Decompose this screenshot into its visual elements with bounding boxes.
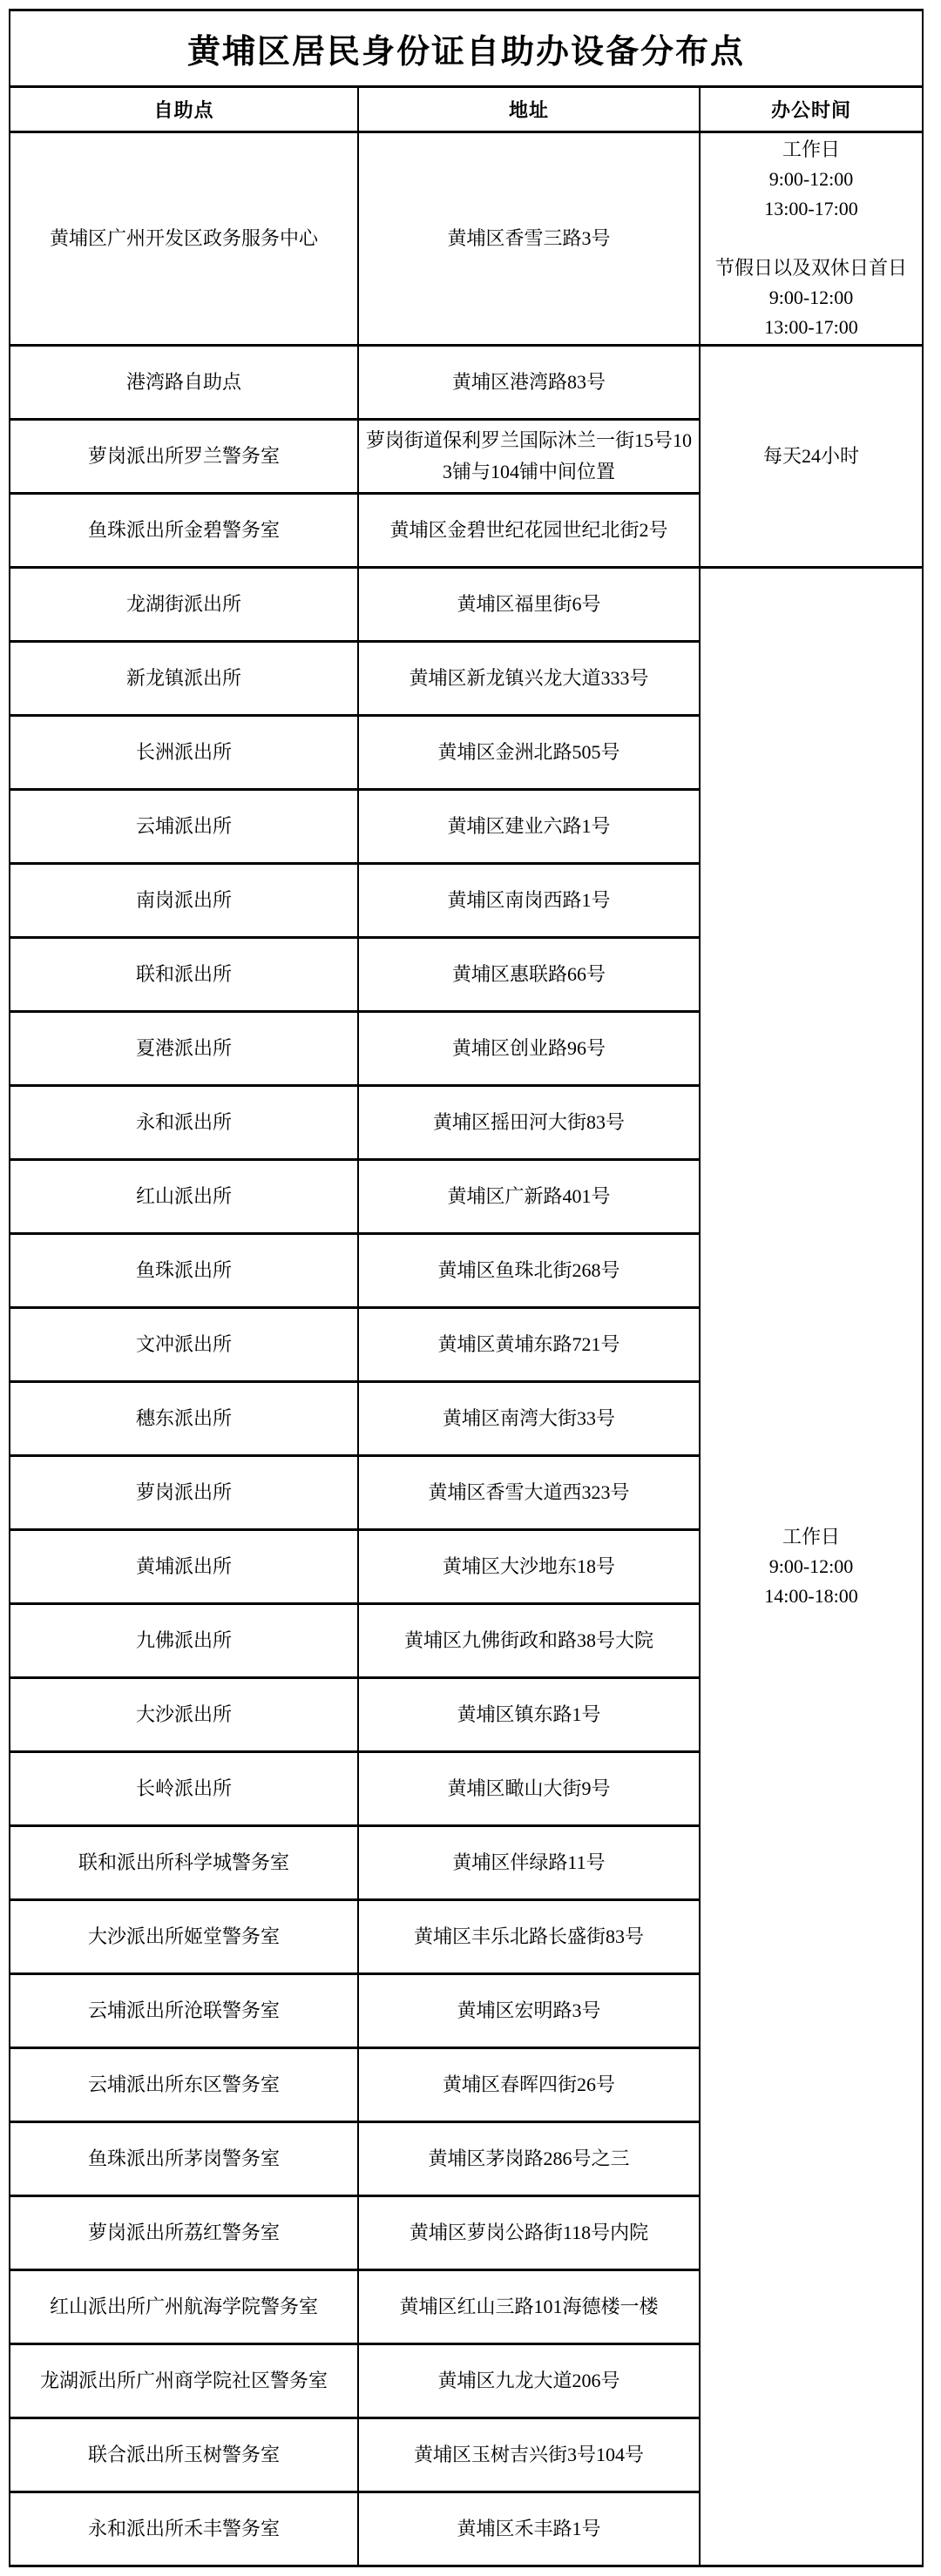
hours-line: 9:00-12:00: [707, 283, 915, 313]
hours-line: 工作日: [707, 135, 915, 165]
header-row: 自助点 地址 办公时间: [10, 87, 923, 132]
site-name-cell: 鱼珠派出所茅岗警务室: [10, 2122, 358, 2196]
site-name-cell: 长岭派出所: [10, 1752, 358, 1826]
address-cell: 黄埔区鱼珠北街268号: [358, 1234, 700, 1308]
address-cell: 黄埔区金洲北路505号: [358, 716, 700, 790]
site-name-cell: 云埔派出所东区警务室: [10, 2048, 358, 2122]
hours-line: 14:00-18:00: [707, 1581, 915, 1611]
site-name-cell: 鱼珠派出所: [10, 1234, 358, 1308]
site-name-cell: 萝岗派出所: [10, 1456, 358, 1530]
address-cell: 黄埔区惠联路66号: [358, 938, 700, 1012]
site-name-cell: 云埔派出所: [10, 790, 358, 864]
site-name-cell: 萝岗派出所荔红警务室: [10, 2196, 358, 2270]
address-cell: 黄埔区萝岗公路街118号内院: [358, 2196, 700, 2270]
site-name-cell: 龙湖派出所广州商学院社区警务室: [10, 2344, 358, 2418]
address-cell: 黄埔区港湾路83号: [358, 346, 700, 420]
site-name-cell: 永和派出所: [10, 1086, 358, 1160]
site-name-cell: 南岗派出所: [10, 864, 358, 938]
site-name-cell: 黄埔派出所: [10, 1530, 358, 1604]
site-name-cell: 黄埔区广州开发区政务服务中心: [10, 132, 358, 346]
site-name-cell: 永和派出所禾丰警务室: [10, 2492, 358, 2566]
table-row: 港湾路自助点黄埔区港湾路83号每天24小时: [10, 346, 923, 420]
hours-line: 13:00-17:00: [707, 313, 915, 342]
hours-line: 13:00-17:00: [707, 194, 915, 224]
site-name-cell: 联合派出所玉树警务室: [10, 2418, 358, 2492]
address-cell: 黄埔区伴绿路11号: [358, 1826, 700, 1900]
address-cell: 黄埔区丰乐北路长盛街83号: [358, 1900, 700, 1974]
title-row: 黄埔区居民身份证自助办设备分布点: [10, 10, 923, 87]
address-cell: 黄埔区镇东路1号: [358, 1678, 700, 1752]
column-header-hours: 办公时间: [700, 87, 923, 132]
table-row: 黄埔区广州开发区政务服务中心黄埔区香雪三路3号工作日9:00-12:0013:0…: [10, 132, 923, 346]
site-name-cell: 萝岗派出所罗兰警务室: [10, 420, 358, 494]
site-name-cell: 红山派出所广州航海学院警务室: [10, 2270, 358, 2344]
site-name-cell: 穗东派出所: [10, 1382, 358, 1456]
address-cell: 萝岗街道保利罗兰国际沐兰一街15号103铺与104铺中间位置: [358, 420, 700, 494]
office-hours-cell: 工作日9:00-12:0013:00-17:00节假日以及双休日首日9:00-1…: [700, 132, 923, 346]
hours-line: 9:00-12:00: [707, 165, 915, 194]
hours-line: 节假日以及双休日首日: [707, 253, 915, 283]
address-cell: 黄埔区新龙镇兴龙大道333号: [358, 642, 700, 716]
site-name-cell: 新龙镇派出所: [10, 642, 358, 716]
address-cell: 黄埔区福里街6号: [358, 568, 700, 642]
distribution-table: 黄埔区居民身份证自助办设备分布点 自助点 地址 办公时间 黄埔区广州开发区政务服…: [9, 9, 924, 2567]
address-cell: 黄埔区创业路96号: [358, 1012, 700, 1086]
address-cell: 黄埔区春晖四街26号: [358, 2048, 700, 2122]
address-cell: 黄埔区宏明路3号: [358, 1974, 700, 2048]
table-row: 龙湖街派出所黄埔区福里街6号工作日9:00-12:0014:00-18:00: [10, 568, 923, 642]
site-name-cell: 长洲派出所: [10, 716, 358, 790]
site-name-cell: 文冲派出所: [10, 1308, 358, 1382]
address-cell: 黄埔区南岗西路1号: [358, 864, 700, 938]
address-cell: 黄埔区广新路401号: [358, 1160, 700, 1234]
site-name-cell: 港湾路自助点: [10, 346, 358, 420]
hours-line: 9:00-12:00: [707, 1552, 915, 1581]
hours-line: [707, 224, 915, 253]
site-name-cell: 龙湖街派出所: [10, 568, 358, 642]
site-name-cell: 云埔派出所沧联警务室: [10, 1974, 358, 2048]
column-header-address: 地址: [358, 87, 700, 132]
site-name-cell: 大沙派出所姬堂警务室: [10, 1900, 358, 1974]
address-cell: 黄埔区香雪三路3号: [358, 132, 700, 346]
address-cell: 黄埔区茅岗路286号之三: [358, 2122, 700, 2196]
address-cell: 黄埔区香雪大道西323号: [358, 1456, 700, 1530]
column-header-site: 自助点: [10, 87, 358, 132]
office-hours-cell: 每天24小时: [700, 346, 923, 568]
address-cell: 黄埔区大沙地东18号: [358, 1530, 700, 1604]
hours-line: 每天24小时: [707, 442, 915, 471]
address-cell: 黄埔区九龙大道206号: [358, 2344, 700, 2418]
site-name-cell: 九佛派出所: [10, 1604, 358, 1678]
site-name-cell: 夏港派出所: [10, 1012, 358, 1086]
address-cell: 黄埔区摇田河大街83号: [358, 1086, 700, 1160]
page: 黄埔区居民身份证自助办设备分布点 自助点 地址 办公时间 黄埔区广州开发区政务服…: [0, 0, 941, 2576]
office-hours-cell: 工作日9:00-12:0014:00-18:00: [700, 568, 923, 2566]
address-cell: 黄埔区金碧世纪花园世纪北街2号: [358, 494, 700, 568]
address-cell: 黄埔区禾丰路1号: [358, 2492, 700, 2566]
site-name-cell: 联和派出所: [10, 938, 358, 1012]
hours-line: 工作日: [707, 1522, 915, 1552]
address-cell: 黄埔区黄埔东路721号: [358, 1308, 700, 1382]
address-cell: 黄埔区南湾大街33号: [358, 1382, 700, 1456]
site-name-cell: 红山派出所: [10, 1160, 358, 1234]
page-title: 黄埔区居民身份证自助办设备分布点: [10, 10, 923, 87]
address-cell: 黄埔区建业六路1号: [358, 790, 700, 864]
site-name-cell: 鱼珠派出所金碧警务室: [10, 494, 358, 568]
table-body: 黄埔区广州开发区政务服务中心黄埔区香雪三路3号工作日9:00-12:0013:0…: [10, 132, 923, 2566]
site-name-cell: 联和派出所科学城警务室: [10, 1826, 358, 1900]
address-cell: 黄埔区红山三路101海德楼一楼: [358, 2270, 700, 2344]
address-cell: 黄埔区九佛街政和路38号大院: [358, 1604, 700, 1678]
address-cell: 黄埔区玉树吉兴街3号104号: [358, 2418, 700, 2492]
site-name-cell: 大沙派出所: [10, 1678, 358, 1752]
address-cell: 黄埔区瞰山大街9号: [358, 1752, 700, 1826]
